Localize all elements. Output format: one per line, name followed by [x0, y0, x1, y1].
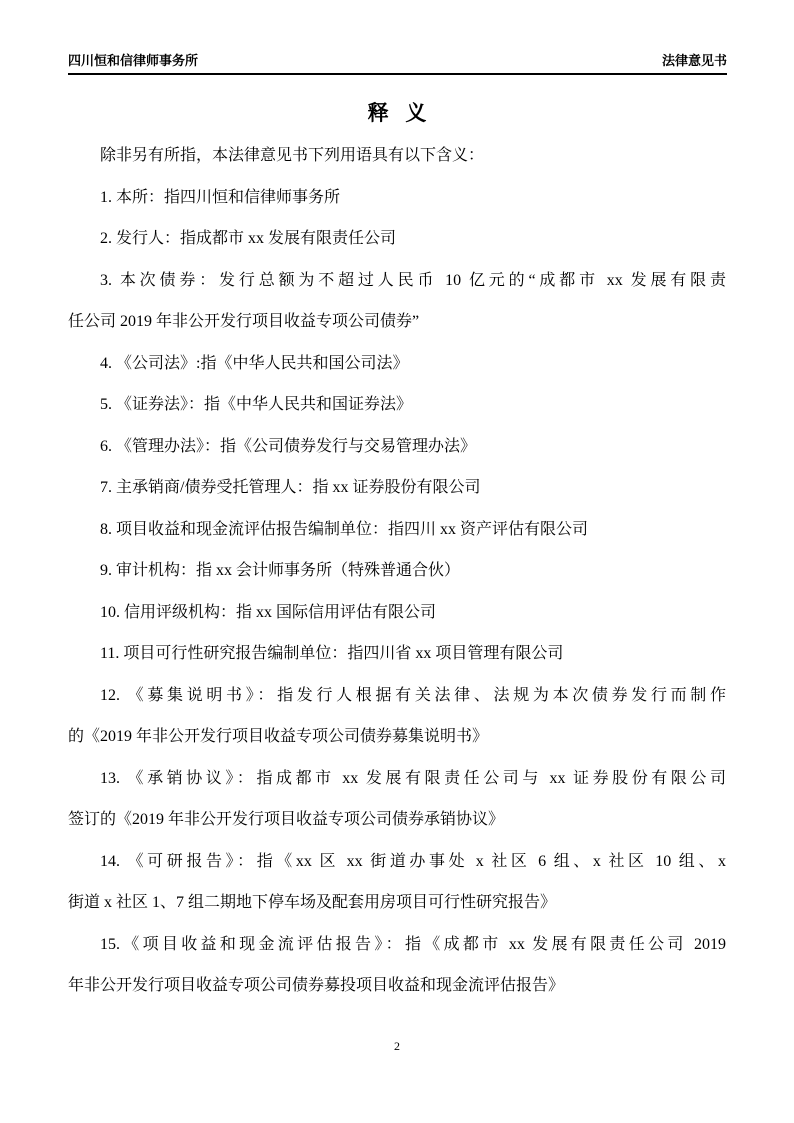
body-line-item-3a: 3. 本次债券：发行总额为不超过人民币 10 亿元的“成都市 xx 发展有限责: [68, 260, 726, 302]
body-line-intro: 除非另有所指，本法律意见书下列用语具有以下含义：: [68, 135, 726, 177]
body-line-item-5: 5. 《证券法》：指《中华人民共和国证券法》: [68, 384, 726, 426]
body-line-item-2: 2. 发行人：指成都市 xx 发展有限责任公司: [68, 218, 726, 260]
body-line-item-13b: 签订的《2019 年非公开发行项目收益专项公司债券承销协议》: [68, 799, 726, 841]
header-firm-name: 四川恒和信律师事务所: [68, 53, 198, 69]
page-number: 2: [0, 1038, 794, 1054]
body-line-item-14b: 街道 x 社区 1、7 组二期地下停车场及配套用房项目可行性研究报告》: [68, 882, 726, 924]
body-line-item-9: 9. 审计机构：指 xx 会计师事务所（特殊普通合伙）: [68, 550, 726, 592]
body-line-item-11: 11. 项目可行性研究报告编制单位：指四川省 xx 项目管理有限公司: [68, 633, 726, 675]
section-title: 释 义: [0, 98, 794, 128]
body-line-item-15a: 15.《项目收益和现金流评估报告》：指《成都市 xx 发展有限责任公司 2019: [68, 924, 726, 966]
document-page: 四川恒和信律师事务所 法律意见书 释 义 除非另有所指，本法律意见书下列用语具有…: [0, 0, 794, 1123]
body-line-item-14a: 14. 《可研报告》：指《xx 区 xx 街道办事处 x 社区 6 组、x 社区…: [68, 841, 726, 883]
body-line-item-4: 4. 《公司法》:指《中华人民共和国公司法》: [68, 343, 726, 385]
page-header: 四川恒和信律师事务所 法律意见书: [68, 53, 727, 75]
document-body: 除非另有所指，本法律意见书下列用语具有以下含义： 1. 本所：指四川恒和信律师事…: [68, 135, 726, 1007]
body-line-item-1: 1. 本所：指四川恒和信律师事务所: [68, 177, 726, 219]
header-doc-type: 法律意见书: [662, 53, 727, 69]
body-line-item-12b: 的《2019 年非公开发行项目收益专项公司债券募集说明书》: [68, 716, 726, 758]
body-line-item-3b: 任公司 2019 年非公开发行项目收益专项公司债券”: [68, 301, 726, 343]
body-line-item-13a: 13. 《承销协议》：指成都市 xx 发展有限责任公司与 xx 证券股份有限公司: [68, 758, 726, 800]
body-line-item-15b: 年非公开发行项目收益专项公司债券募投项目收益和现金流评估报告》: [68, 965, 726, 1007]
body-line-item-7: 7. 主承销商/债券受托管理人：指 xx 证券股份有限公司: [68, 467, 726, 509]
body-line-item-8: 8. 项目收益和现金流评估报告编制单位：指四川 xx 资产评估有限公司: [68, 509, 726, 551]
body-line-item-6: 6. 《管理办法》：指《公司债券发行与交易管理办法》: [68, 426, 726, 468]
body-line-item-12a: 12. 《募集说明书》：指发行人根据有关法律、法规为本次债券发行而制作: [68, 675, 726, 717]
body-line-item-10: 10. 信用评级机构：指 xx 国际信用评估有限公司: [68, 592, 726, 634]
